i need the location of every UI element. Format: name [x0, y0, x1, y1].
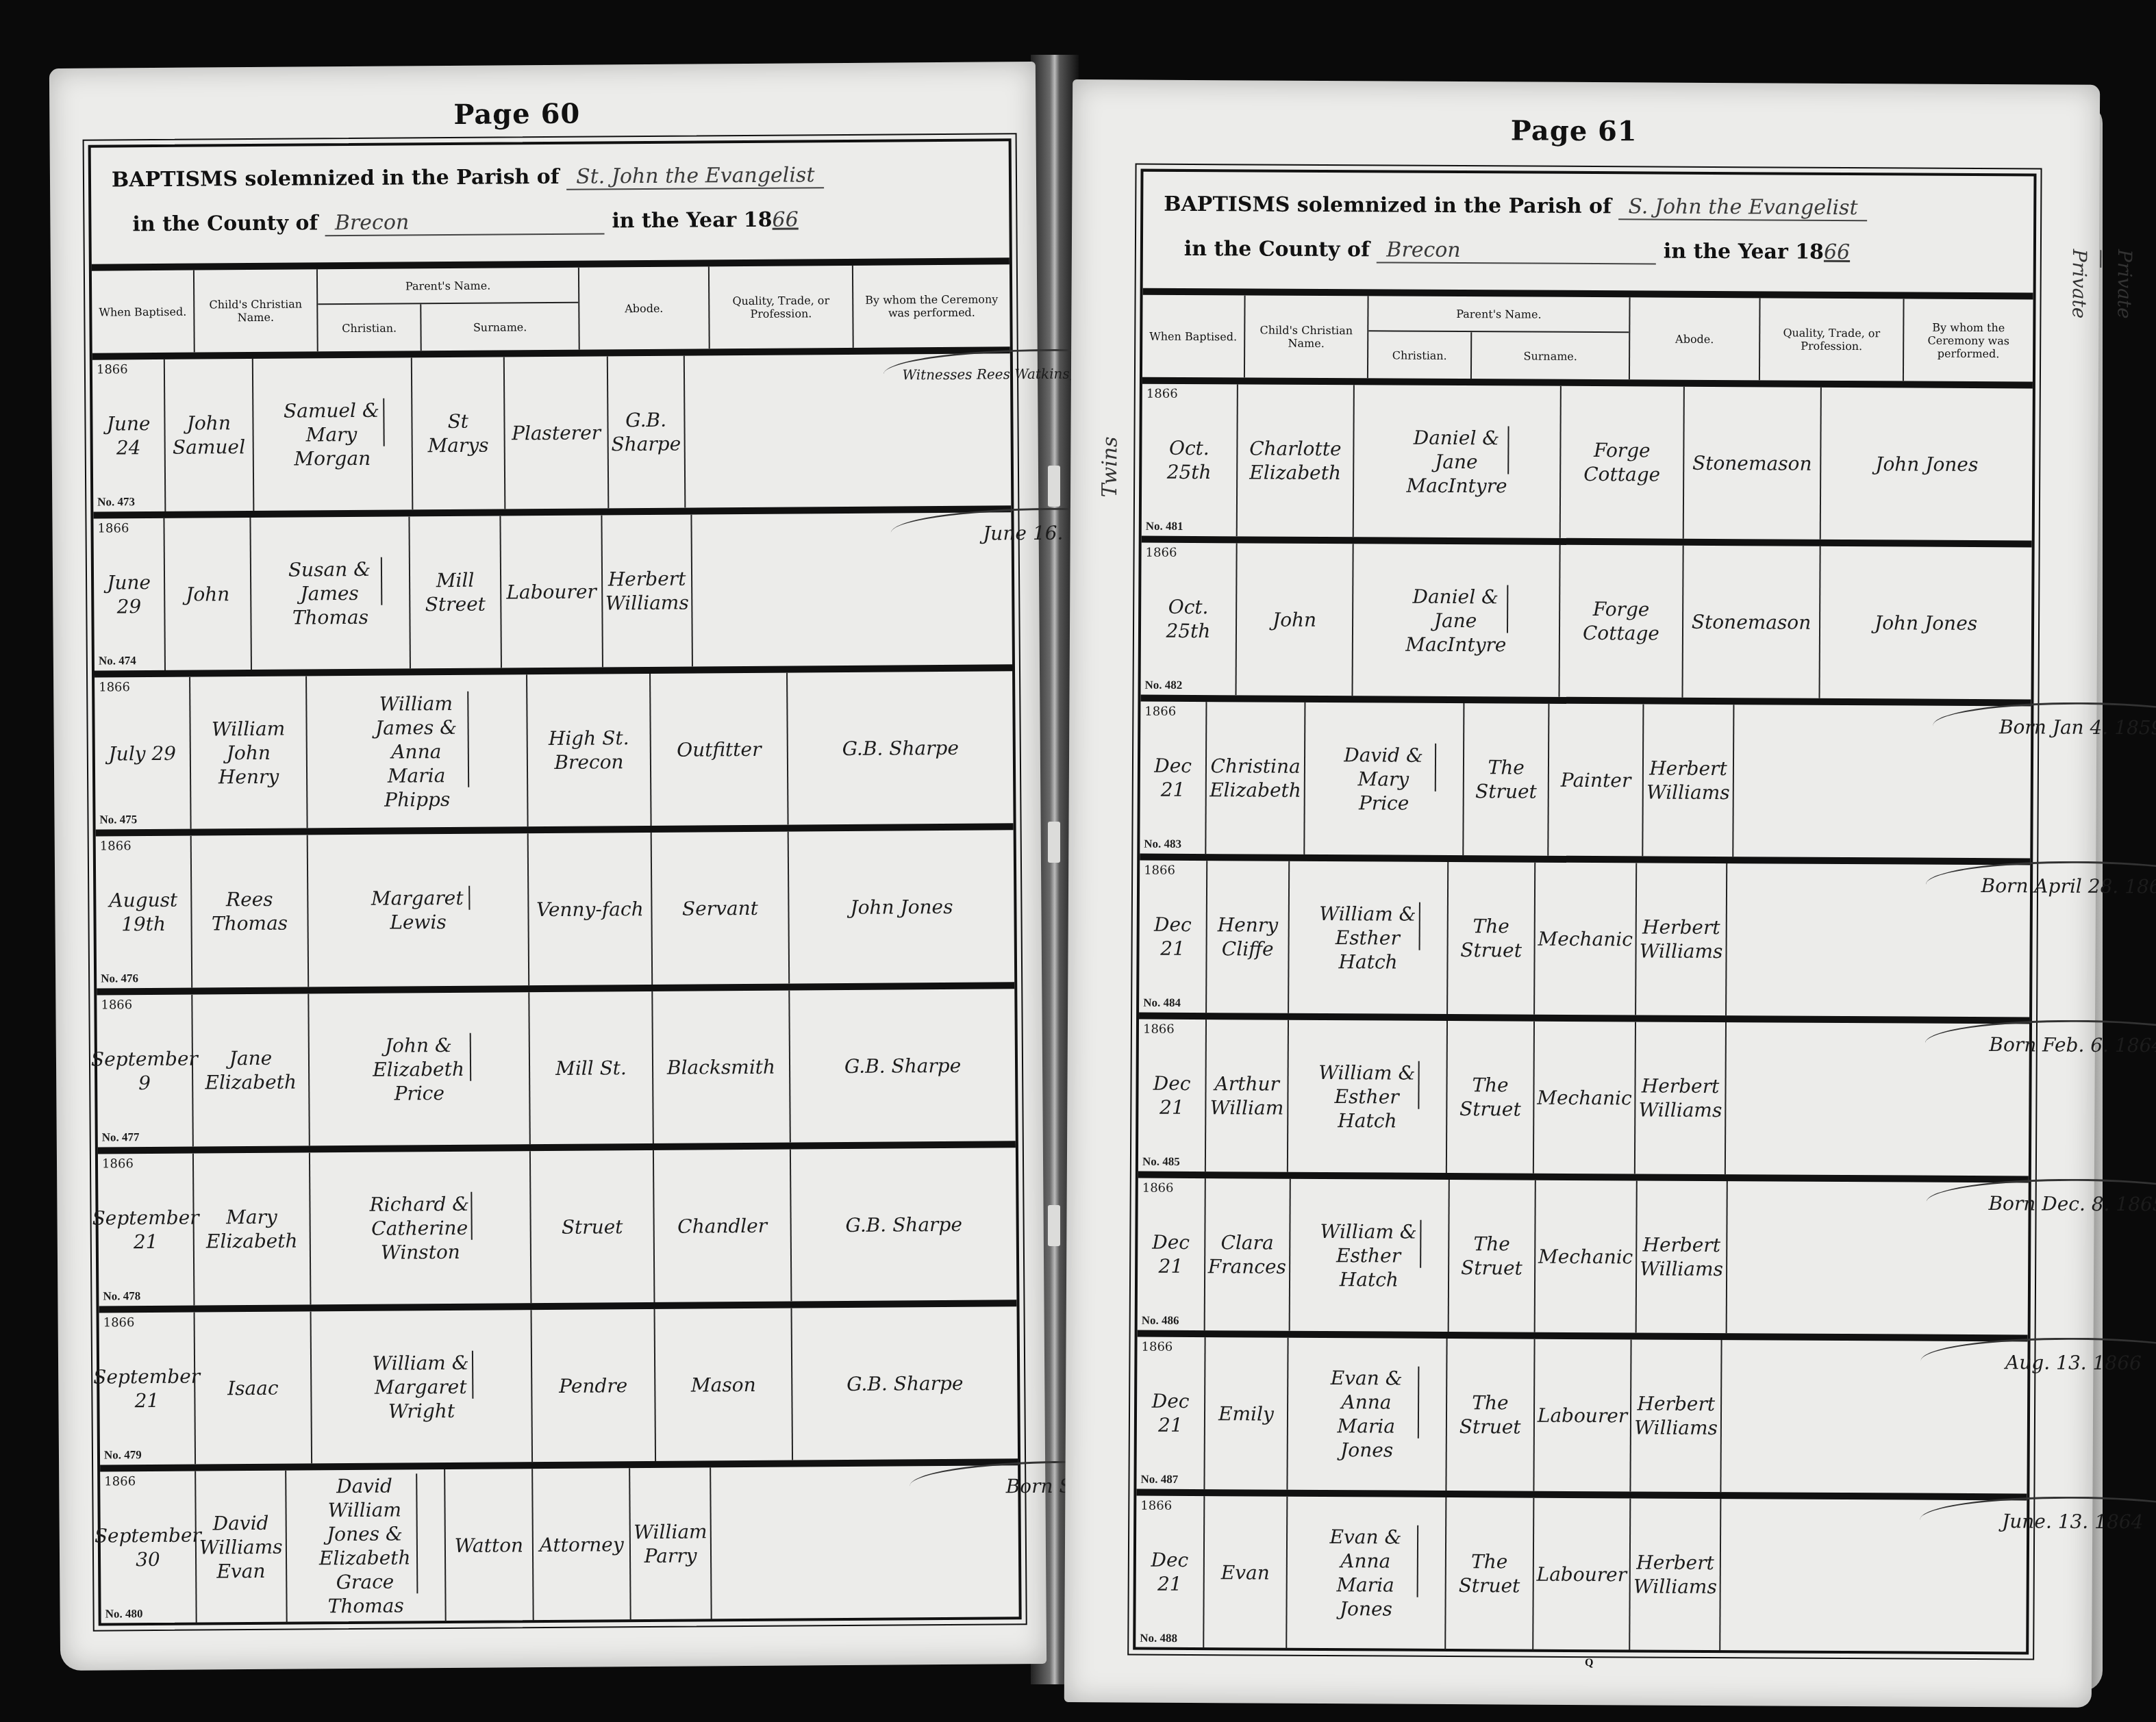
entry-date: August 19th [99, 888, 188, 937]
col-child-name: Child's Christian Name. [195, 269, 318, 352]
entry-year: 1866 [100, 839, 131, 854]
cell-child-name: Evan [1204, 1496, 1288, 1649]
col-parent-christian: Christian. [1368, 331, 1472, 379]
table-row: 1866 Dec 21 No. 485 Arthur William Willi… [1138, 1020, 2029, 1183]
entry-date: Dec 21 [1140, 1230, 1201, 1278]
table-row: 1866 September 21 No. 478 Mary Elizabeth… [98, 1148, 1017, 1313]
entry-date: June 29 [97, 570, 162, 619]
entry-year: 1866 [97, 362, 128, 378]
cell-by-whom: G.B. Sharpe [790, 989, 1016, 1142]
col-parents: Parent's Name. Christian. Surname. [318, 268, 580, 352]
cell-by-whom: Herbert Williams [1631, 1339, 1722, 1492]
cell-trade: Servant [652, 832, 790, 985]
signature-mark: Q [1585, 1657, 1594, 1669]
cell-when-baptised: 1866 August 19th No. 476 [96, 836, 193, 989]
solemnized-label: solemnized in the Parish of [1297, 193, 1612, 218]
county-field: Brecon [1377, 238, 1656, 264]
cell-trade: Labourer [1534, 1339, 1632, 1492]
binding-stitch [1048, 822, 1060, 863]
entry-date: September 21 [93, 1365, 200, 1413]
col-trade: Quality, Trade, or Profession. [710, 266, 854, 349]
cell-trade: Labourer [501, 515, 603, 668]
cell-parent-surname: Thomas [287, 1593, 444, 1619]
entry-date: July 29 [108, 741, 176, 765]
solemnized-label: solemnized in the Parish of [245, 165, 559, 191]
cell-trade: Painter [1549, 704, 1644, 857]
cell-parent-christian: William & Esther [1317, 1219, 1421, 1267]
col-parents-label: Parent's Name. [1368, 296, 1629, 333]
baptism-register-table: BAPTISMS solemnized in the Parish of St.… [88, 138, 1022, 1625]
cell-parents: Daniel & Jane MacIntyre [1353, 544, 1561, 697]
baptism-register-table: BAPTISMS solemnized in the Parish of S. … [1133, 169, 2036, 1655]
table-row: 1866 Dec 21 No. 484 Henry Cliffe William… [1139, 861, 2030, 1024]
table-row: 1866 September 9 No. 477 Jane Elizabeth … [97, 989, 1016, 1154]
cell-parents: William & Esther Hatch [1290, 1179, 1449, 1332]
cell-parents: William & Esther Hatch [1288, 1020, 1448, 1173]
cell-abode: The Struet [1447, 1021, 1535, 1174]
cell-parent-surname: Price [340, 1080, 498, 1106]
annotation-note: Born Feb. 6. 1864 [1925, 1020, 2156, 1069]
table-row: 1866 Dec 21 No. 486 Clara Frances Willia… [1138, 1178, 2029, 1342]
margin-note-private: Private — Private [2068, 249, 2136, 319]
entry-date: Dec 21 [1143, 754, 1203, 802]
margin-note-twins: Twins [1098, 436, 1122, 497]
entry-number: No. 483 [1144, 836, 1181, 851]
cell-parent-surname: Wright [342, 1398, 500, 1423]
cell-child-name: Emily [1205, 1337, 1289, 1490]
cell-parent-surname: MacIntyre [1378, 473, 1535, 498]
cell-child-name: Arthur William [1206, 1020, 1289, 1172]
entry-year: 1866 [1141, 1340, 1173, 1356]
cell-parent-christian: William & Esther [1316, 901, 1420, 950]
col-when-baptised: When Baptised. [92, 270, 195, 353]
cell-child-name: Clara Frances [1205, 1178, 1290, 1331]
entry-date: June 24 [95, 411, 162, 460]
cell-by-whom: John Jones [1820, 546, 2031, 700]
entry-number: No. 473 [97, 494, 135, 509]
col-trade: Quality, Trade, or Profession. [1760, 298, 1905, 381]
entry-year: 1866 [1144, 863, 1175, 879]
cell-parent-surname: MacIntyre [1377, 632, 1535, 657]
cell-parent-surname: Jones [1287, 1597, 1444, 1621]
col-when-baptised: When Baptised. [1142, 295, 1246, 378]
col-parents-label: Parent's Name. [318, 268, 578, 305]
cell-parents: David William Jones & Elizabeth Grace Th… [286, 1469, 447, 1623]
entry-date: Oct. 25th [1144, 595, 1233, 644]
cell-parent-surname: Price [1305, 790, 1463, 815]
table-row: 1866 June 24 No. 473 John Samuel Samuel … [92, 353, 1012, 518]
cell-trade: Blacksmith [653, 991, 791, 1143]
cell-child-name: Mary Elizabeth [194, 1152, 312, 1305]
cell-parents: William & Margaret Wright [312, 1310, 534, 1463]
cell-abode: The Struet [1446, 1497, 1534, 1650]
entry-year: 1866 [1146, 387, 1178, 403]
cell-child-name: Jane Elizabeth [192, 993, 310, 1146]
county-field: Brecon [325, 209, 605, 236]
cell-parent-christian: Daniel & Jane [1405, 425, 1509, 474]
cell-abode: Mill Street [410, 516, 502, 668]
entry-year: 1866 [1144, 705, 1176, 720]
cell-abode: Venny-fach [529, 833, 653, 985]
entry-year: 1866 [101, 998, 132, 1013]
cell-trade: Mechanic [1535, 863, 1637, 1015]
entry-year: 1866 [1140, 1499, 1172, 1515]
annotation-note: Born Jan 4. 1859 [1933, 702, 2156, 751]
cell-parent-surname: Hatch [1290, 949, 1447, 974]
cell-parent-christian: Evan & Anna Maria [1315, 1366, 1420, 1439]
parish-field: St. John the Evangelist [566, 163, 825, 190]
cell-trade: Mechanic [1534, 1022, 1636, 1174]
cell-parent-christian: David & Mary [1332, 743, 1436, 792]
cell-abode: Watton [445, 1469, 534, 1621]
entry-date: Dec 21 [1139, 1548, 1201, 1596]
cell-abode: Struet [531, 1150, 655, 1303]
cell-child-name: John [165, 518, 252, 670]
cell-trade: Mechanic [1535, 1180, 1637, 1333]
annotation-note: Aug. 13. 1866 [1920, 1337, 2156, 1387]
cell-when-baptised: 1866 Dec 21 No. 486 [1138, 1178, 1206, 1331]
cell-abode: The Struet [1464, 703, 1550, 856]
col-by-whom: By whom the Ceremony was performed. [853, 264, 1010, 348]
cell-by-whom: Herbert Williams [1643, 704, 1734, 857]
cell-when-baptised: 1866 Oct. 25th No. 482 [1141, 543, 1238, 696]
entry-year: 1866 [102, 1156, 134, 1172]
cell-parents: David & Mary Price [1305, 702, 1464, 855]
cell-parent-surname: Morgan [253, 446, 411, 471]
entry-number: No. 477 [102, 1130, 140, 1145]
annotation-note: Born April 28. 1860 [1926, 861, 2156, 910]
county-label: in the County of [132, 211, 318, 236]
cell-when-baptised: 1866 Dec 21 No. 483 [1140, 702, 1207, 854]
cell-trade: Stonemason [1683, 546, 1821, 698]
cell-abode: Mill St. [529, 991, 654, 1144]
register-heading: BAPTISMS solemnized in the Parish of S. … [1143, 172, 2034, 300]
table-row: 1866 Oct. 25th No. 481 Charlotte Elizabe… [1142, 384, 2033, 548]
entry-year: 1866 [104, 1474, 136, 1490]
cell-when-baptised: 1866 Dec 21 No. 485 [1138, 1020, 1207, 1172]
cell-by-whom: Herbert Williams [1635, 1022, 1727, 1174]
annotation-note: June. 13. 1864 [1920, 1496, 2156, 1545]
cell-abode: Forge Cottage [1561, 386, 1685, 539]
cell-child-name: Isaac [195, 1311, 313, 1464]
cell-parents: William James & Anna Maria Phipps [307, 674, 529, 828]
entry-year: 1866 [97, 521, 129, 537]
binding-stitch [1048, 1205, 1060, 1246]
table-row: 1866 Dec 21 No. 487 Emily Evan & Anna Ma… [1136, 1337, 2027, 1501]
cell-parents: William & Esther Hatch [1289, 861, 1449, 1014]
col-parent-surname: Surname. [1472, 332, 1629, 379]
entry-number: No. 485 [1142, 1154, 1180, 1169]
cell-by-whom: John Jones [789, 830, 1015, 983]
cell-by-whom: John Jones [1821, 388, 2033, 541]
cell-by-whom: G.B. Sharpe [788, 671, 1014, 824]
cell-parent-christian: Richard & Catherine [368, 1191, 472, 1240]
cell-parent-surname: Jones [1288, 1438, 1446, 1463]
entry-date: September 21 [92, 1206, 199, 1254]
cell-trade: Attorney [533, 1468, 631, 1621]
register-heading: BAPTISMS solemnized in the Parish of St.… [91, 141, 1010, 270]
cell-when-baptised: 1866 Dec 21 No. 487 [1136, 1337, 1205, 1490]
register-page-61: Page 61 BAPTISMS solemnized in the Paris… [1064, 79, 2100, 1708]
cell-when-baptised: 1866 June 24 No. 473 [92, 359, 166, 512]
county-label: in the County of [1184, 237, 1370, 262]
cell-parent-christian: Susan & James [278, 557, 382, 605]
cell-child-name: Rees Thomas [192, 835, 310, 987]
entry-number: No. 481 [1146, 518, 1183, 533]
page-title: Page 61 [1511, 114, 1638, 147]
cell-parent-christian: William & Esther [1316, 1060, 1420, 1109]
cell-abode: Forge Cottage [1560, 545, 1684, 698]
entry-year: 1866 [103, 1315, 135, 1331]
cell-parents: Susan & James Thomas [251, 516, 411, 670]
cell-abode: The Struet [1448, 862, 1535, 1015]
table-row: 1866 Dec 21 No. 488 Evan Evan & Anna Mar… [1136, 1496, 2027, 1653]
entry-number: No. 488 [1140, 1630, 1177, 1645]
cell-child-name: David Williams Evan [196, 1471, 287, 1623]
cell-parents: John & Elizabeth Price [309, 992, 531, 1145]
cell-parent-christian: David William Jones & Elizabeth Grace [313, 1473, 418, 1594]
cell-parent-surname: Lewis [339, 910, 497, 935]
table-row: 1866 June 29 No. 474 John Susan & James … [93, 512, 1012, 677]
col-abode: Abode. [579, 266, 710, 349]
cell-abode: The Struet [1449, 1180, 1535, 1332]
cell-abode: The Struet [1446, 1339, 1535, 1491]
cell-abode: High St. Brecon [527, 674, 652, 826]
cell-trade: Plasterer [505, 356, 609, 509]
cell-by-whom: Herbert Williams [1637, 1180, 1728, 1333]
col-by-whom: By whom the Ceremony was performed. [1904, 299, 2033, 381]
cell-trade: Labourer [1533, 1498, 1631, 1651]
cell-by-whom: G.B. Sharpe [791, 1148, 1017, 1301]
cell-parents: Richard & Catherine Winston [310, 1151, 532, 1304]
baptisms-label: BAPTISMS [112, 167, 238, 192]
entry-year: 1866 [1143, 1022, 1175, 1038]
cell-child-name: Charlotte Elizabeth [1238, 384, 1355, 537]
entry-number: No. 474 [99, 653, 136, 668]
col-parents: Parent's Name. Christian. Surname. [1368, 296, 1631, 379]
cell-child-name: Christina Elizabeth [1207, 702, 1306, 854]
cell-trade: Chandler [654, 1150, 792, 1302]
cell-when-baptised: 1866 September 9 No. 477 [97, 995, 194, 1148]
cell-parent-surname: Hatch [1288, 1108, 1446, 1132]
cell-by-whom: G.B. Sharpe [792, 1306, 1018, 1460]
col-parent-surname: Surname. [421, 303, 578, 351]
cell-abode: Pendre [532, 1309, 657, 1462]
table-row: 1866 September 21 No. 479 Isaac William … [99, 1306, 1018, 1471]
cell-by-whom: Herbert Williams [602, 515, 693, 668]
page-title: Page 60 [453, 98, 580, 131]
entry-number: No. 479 [104, 1447, 142, 1463]
baptisms-label: BAPTISMS [1164, 192, 1290, 217]
entry-date: September 9 [91, 1047, 198, 1096]
cell-when-baptised: 1866 September 21 No. 478 [98, 1154, 195, 1306]
year-field: 66 [1824, 240, 1850, 264]
cell-by-whom: Herbert Williams [1631, 1498, 1722, 1651]
cell-parent-christian: John & Elizabeth [367, 1033, 471, 1081]
entry-date: Dec 21 [1141, 1072, 1203, 1119]
entry-year: 1866 [1146, 546, 1177, 561]
cell-when-baptised: 1866 Oct. 25th No. 481 [1142, 384, 1238, 537]
table-row: 1866 July 29 No. 475 William John Henry … [95, 671, 1014, 836]
col-abode: Abode. [1630, 297, 1761, 380]
entry-year: 1866 [99, 680, 130, 696]
cell-parent-surname: Hatch [1290, 1267, 1448, 1291]
table-row: 1866 September 30 No. 480 David Williams… [100, 1465, 1019, 1623]
entry-number: No. 482 [1145, 677, 1183, 692]
table-row: 1866 Oct. 25th No. 482 John Daniel & Jan… [1140, 543, 2031, 707]
entries: 1866 Oct. 25th No. 481 Charlotte Elizabe… [1136, 384, 2033, 1653]
entry-date: Dec 21 [1142, 913, 1203, 961]
cell-when-baptised: 1866 Dec 21 No. 484 [1139, 861, 1207, 1013]
cell-parent-christian: Margaret [366, 886, 470, 911]
entry-number: No. 487 [1140, 1471, 1178, 1486]
binding-stitch [1048, 466, 1060, 507]
cell-when-baptised: 1866 July 29 No. 475 [95, 677, 192, 830]
year-label: in the Year 18 [612, 208, 772, 233]
cell-parent-christian: Evan & Anna Maria [1314, 1525, 1419, 1597]
table-row: 1866 August 19th No. 476 Rees Thomas Mar… [96, 830, 1015, 995]
entry-number: No. 480 [105, 1606, 143, 1621]
cell-parent-surname: Winston [342, 1239, 499, 1265]
year-field: 66 [772, 207, 798, 231]
cell-parents: Evan & Anna Maria Jones [1288, 1338, 1447, 1491]
column-headers: When Baptised. Child's Christian Name. P… [92, 264, 1010, 359]
cell-parent-christian: Daniel & Jane [1404, 584, 1508, 633]
cell-parents: Evan & Anna Maria Jones [1287, 1497, 1446, 1649]
cell-parents: Margaret Lewis [308, 833, 530, 987]
annotation-note: Born Dec. 8. 1865 [1926, 1178, 2156, 1228]
table-row: 1866 Dec 21 No. 483 Christina Elizabeth … [1140, 702, 2031, 865]
entry-year: 1866 [1142, 1181, 1174, 1197]
entry-date: Oct. 25th [1144, 436, 1233, 485]
cell-when-baptised: 1866 Dec 21 No. 488 [1136, 1496, 1205, 1649]
cell-parent-surname: Thomas [251, 605, 409, 630]
entry-date: September 30 [95, 1523, 201, 1572]
column-headers: When Baptised. Child's Christian Name. P… [1142, 295, 2033, 389]
entry-number: No. 486 [1142, 1313, 1179, 1328]
cell-trade: Stonemason [1684, 387, 1822, 540]
entry-number: No. 478 [103, 1289, 140, 1304]
cell-parent-surname: Phipps [338, 787, 496, 812]
cell-child-name: John [1237, 543, 1354, 696]
year-label: in the Year 18 [1664, 240, 1824, 264]
cell-parent-christian: Samuel & Mary [280, 398, 384, 446]
cell-by-whom: Herbert Williams [1636, 863, 1727, 1015]
cell-by-whom: William Parry [631, 1467, 712, 1620]
cell-child-name: William John Henry [190, 676, 308, 828]
cell-parent-christian: William & Margaret [369, 1350, 473, 1399]
entry-number: No. 476 [101, 971, 138, 986]
cell-when-baptised: 1866 September 30 No. 480 [100, 1471, 197, 1624]
register-page-60: Page 60 BAPTISMS solemnized in the Paris… [49, 62, 1046, 1671]
cell-parent-christian: William James & Anna Maria [364, 691, 469, 787]
parish-field: S. John the Evangelist [1618, 194, 1867, 221]
entry-number: No. 484 [1143, 995, 1181, 1010]
entry-date: Dec 21 [1140, 1389, 1201, 1437]
cell-when-baptised: 1866 September 21 No. 479 [99, 1313, 197, 1465]
cell-trade: Mason [655, 1308, 794, 1461]
cell-parents: Samuel & Mary Morgan [253, 357, 413, 511]
col-child-name: Child's Christian Name. [1245, 295, 1369, 378]
cell-by-whom: G.B. Sharpe [608, 356, 686, 509]
cell-trade: Outfitter [651, 673, 789, 826]
entry-number: No. 475 [99, 812, 137, 827]
cell-child-name: Henry Cliffe [1207, 861, 1290, 1013]
cell-abode: St Marys [412, 357, 505, 509]
entries: 1866 June 24 No. 473 John Samuel Samuel … [92, 353, 1019, 1623]
cell-when-baptised: 1866 June 29 No. 474 [93, 518, 166, 671]
cell-child-name: John Samuel [165, 359, 254, 511]
col-parent-christian: Christian. [318, 304, 422, 351]
cell-parents: Daniel & Jane MacIntyre [1354, 385, 1562, 538]
